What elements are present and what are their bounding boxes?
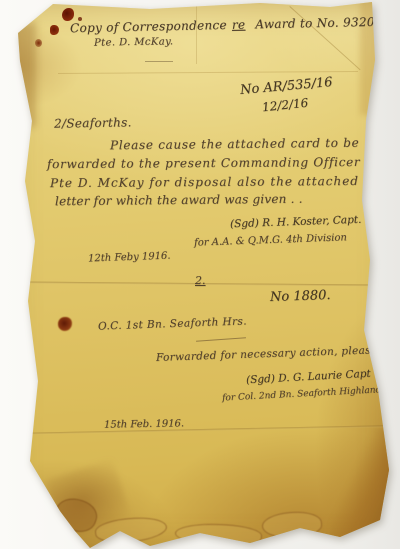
title-post: Award to No. 9320 [255, 15, 375, 31]
body-line: letter for which the award was given . . [55, 192, 303, 209]
crumple-mark [174, 522, 262, 549]
crumple-mark [261, 510, 323, 540]
ink-stain [58, 317, 72, 331]
forward-addressee: O.C. 1st Bn. Seaforth Hrs. [98, 315, 247, 332]
signature-for-line-2: for Col. 2nd Bn. Seaforth Highlanders [222, 384, 396, 403]
pen-dash [145, 61, 173, 62]
ink-stain [62, 8, 74, 21]
body-line: forwarded to the present Commanding Offi… [47, 155, 378, 171]
edge-discoloration [10, 22, 36, 127]
ink-stain [35, 39, 42, 47]
body-line: Please cause the attached card to be [110, 136, 359, 153]
title-re: re [232, 18, 246, 32]
pen-underline [196, 337, 246, 341]
signature-for-line: for A.A. & Q.M.G. 4th Division [194, 232, 347, 248]
fold-crease [15, 425, 390, 435]
scan-background: Copy of CorrespondencereAward to No. 932… [0, 0, 400, 549]
subject-name: Pte. D. McKay. [94, 36, 174, 48]
water-stain [330, 428, 398, 546]
page-number: 2. [195, 274, 206, 287]
fold-crease [196, 6, 197, 64]
fold-crease [58, 71, 358, 74]
crumple-mark [94, 514, 168, 545]
reference-number-2: No 1880. [270, 288, 331, 305]
date-line-2: 15th Feb. 1916. [104, 418, 184, 430]
document-title: Copy of CorrespondencereAward to No. 932… [70, 15, 380, 35]
paper-shadow-wrap: Copy of CorrespondencereAward to No. 932… [0, 0, 400, 549]
title-pre: Copy of Correspondence [70, 18, 227, 35]
reference-date: 12/2/16 [261, 96, 308, 115]
reference-number: No AR/535/16 [240, 75, 334, 98]
body-line: Pte D. McKay for disposal also the attac… [50, 174, 359, 190]
signature-line: (Sgd) R. H. Koster, Capt. [230, 214, 362, 231]
ink-stain [50, 25, 59, 35]
forward-note: Forwarded for necessary action, please. [156, 344, 381, 364]
date-line: 12th Feby 1916. [88, 251, 171, 265]
crumple-mark [51, 493, 101, 537]
document-page: Copy of CorrespondencereAward to No. 932… [8, 0, 392, 549]
addressee-line: 2/Seaforths. [54, 115, 132, 130]
signature-line-2: (Sgd) D. G. Laurie Capt [246, 368, 371, 387]
